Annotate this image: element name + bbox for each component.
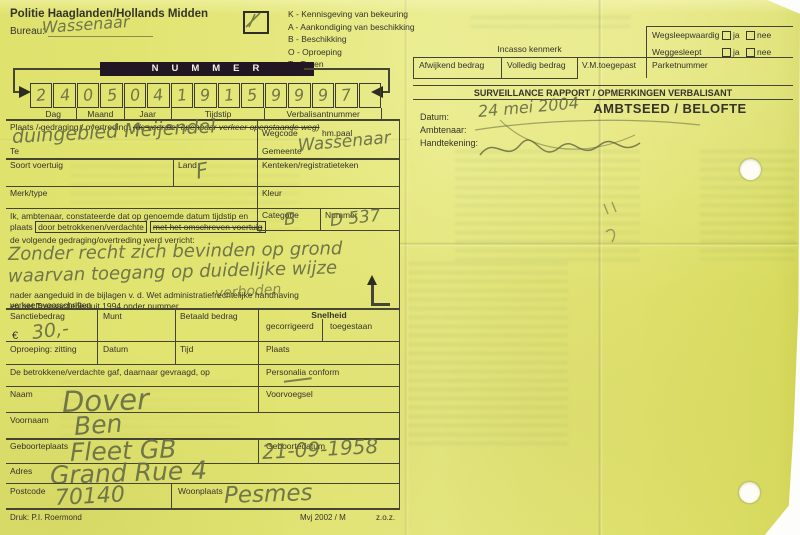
oproeping-plaats-label: Plaats	[266, 345, 290, 355]
grid-line	[320, 208, 321, 230]
paper-crease	[404, 0, 409, 535]
gecorrigeerd-label: gecorrigeerd	[266, 322, 314, 332]
scanned-police-form: Politie Haaglanden/Hollands Midden Burea…	[0, 0, 800, 535]
gemeente-label: Gemeente	[262, 147, 302, 157]
datum-label: Datum:	[420, 112, 449, 122]
grid-line	[257, 121, 258, 158]
grid-line	[646, 26, 793, 27]
pencil-margin-marks	[598, 198, 628, 258]
grid-line	[399, 121, 400, 508]
grid-line	[257, 208, 258, 230]
nee-label: nee	[757, 31, 771, 41]
digit-cell: 4	[53, 83, 75, 108]
wegsleepwaardig-label: Wegsleepwaardig	[652, 31, 719, 41]
bureau-dotted-line	[48, 36, 153, 37]
grid-line	[413, 85, 793, 86]
type-code-O: O - Oproeping	[288, 48, 342, 58]
zoz-footer: z.o.z.	[376, 513, 395, 522]
digit-cell: 0	[124, 83, 146, 108]
grid-line	[97, 309, 98, 341]
grid-line	[257, 159, 258, 186]
digit-cell: 2	[30, 83, 52, 108]
ja-label: ja	[733, 31, 740, 41]
kenteken-label: Kenteken/registratieteken	[262, 161, 358, 171]
te-label: Te	[10, 147, 19, 157]
digit-cell	[359, 83, 381, 108]
grid-line	[175, 342, 176, 364]
betaald-bedrag-label: Betaald bedrag	[180, 312, 238, 322]
incasso-kenmerk-label: Incasso kenmerk	[413, 45, 646, 55]
grid-line	[97, 342, 98, 364]
merk-type-label: Merk/type	[10, 189, 47, 199]
grid-line	[257, 230, 400, 231]
grid-line	[413, 57, 793, 58]
parketnummer-label: Parketnummer	[652, 61, 708, 71]
grid-line	[501, 58, 502, 78]
maand-label: Maand	[76, 108, 123, 119]
gaf-label: De betrokkene/verdachte gaf, daarnaar ge…	[10, 368, 210, 378]
weggesleept-ja-checkbox	[722, 48, 731, 57]
print-code-footer: Mvj 2002 / M	[300, 513, 346, 522]
punch-hole	[739, 482, 760, 503]
type-code-K: K - Kennisgeving van bekeuring	[288, 10, 408, 20]
adres-label: Adres	[10, 467, 32, 477]
wegsleepwaardig-ja-checkbox	[722, 31, 731, 40]
voorvoegsel-label: Voorvoegsel	[266, 390, 313, 400]
volledig-bedrag-label: Volledig bedrag	[507, 61, 566, 71]
grid-line	[171, 484, 172, 508]
conform-pencil-mark	[284, 377, 312, 385]
type-code-A: A - Aankondiging van beschikking	[288, 23, 415, 33]
soort-voertuig-label: Soort voertuig	[10, 161, 63, 171]
digit-cell: 1	[171, 83, 193, 108]
afwijkend-bedrag-label: Afwijkend bedrag	[419, 61, 484, 71]
personalia-conform-label: Personalia conform	[266, 368, 339, 378]
bleedthrough-text	[470, 16, 630, 32]
digit-cell: 5	[100, 83, 122, 108]
geboorteplaats-label: Geboorteplaats	[10, 442, 68, 452]
postcode-label: Postcode	[10, 487, 45, 497]
grid-line	[258, 387, 259, 412]
digit-cell: 5	[241, 83, 263, 108]
grid-line	[322, 319, 323, 341]
oproeping-label: Oproeping: zitting	[10, 345, 77, 355]
toegestaan-label: toegestaan	[330, 322, 372, 332]
grid-line	[6, 412, 400, 413]
punch-hole	[740, 159, 761, 180]
woonplaats-label: Woonplaats	[178, 487, 223, 497]
statement-boxed-voertuig: met het omschreven voertuig	[150, 221, 266, 233]
ref-arrow-foot	[371, 303, 390, 306]
grid-line	[577, 58, 578, 78]
munt-label: Munt	[103, 312, 122, 322]
digit-cell: 7	[335, 83, 357, 108]
weggesleept-nee-checkbox	[746, 48, 755, 57]
nummer-banner: NUMMER	[100, 62, 314, 76]
statement-line2: plaats door betrokkenen/verdachtemet het…	[10, 223, 269, 233]
pencil-check-mark	[243, 11, 265, 30]
bracket-line	[304, 68, 390, 70]
paper-sheet: Politie Haaglanden/Hollands Midden Burea…	[0, 0, 800, 535]
digit-cell: 4	[147, 83, 169, 108]
vm-toegepast-label: V.M.toegepast	[582, 61, 636, 71]
grid-line	[6, 341, 400, 342]
woonplaats-handwriting: Pesmes	[224, 480, 313, 509]
bracket-line	[388, 68, 390, 92]
naam-label: Naam	[10, 390, 33, 400]
digit-cell: 9	[265, 83, 287, 108]
grid-line	[175, 309, 176, 341]
bracket-line	[13, 68, 100, 70]
statement-boxed-betrokkene: door betrokkenen/verdachte	[35, 221, 147, 233]
categorie-nummer-handwriting: D 537	[329, 206, 382, 231]
bracket-line	[383, 91, 390, 93]
bureau-label: Bureau:	[10, 26, 45, 38]
digit-cell: 9	[194, 83, 216, 108]
grid-line	[258, 365, 259, 386]
sanctiebedrag-handwriting: 30,-	[31, 318, 70, 344]
geboortedatum-handwriting: 21-09-1958	[261, 434, 378, 464]
digit-cell: 9	[288, 83, 310, 108]
postcode-handwriting: 70140	[54, 482, 125, 511]
grid-line	[6, 364, 400, 365]
type-code-B: B - Beschikking	[288, 35, 347, 45]
tijd-label: Tijd	[180, 345, 193, 355]
arrow-up-icon	[367, 275, 377, 285]
wegcode-label: Wegcode	[262, 129, 298, 139]
grid-line	[646, 57, 647, 78]
grid-line	[413, 78, 578, 79]
paper-crease	[598, 0, 603, 535]
wegsleepwaardig-nee-checkbox	[746, 31, 755, 40]
grid-line	[173, 159, 174, 186]
kleur-label: Kleur	[262, 189, 282, 199]
categorie-handwriting: B	[283, 209, 296, 230]
grid-line	[257, 187, 258, 208]
grid-line	[258, 342, 259, 364]
grid-line	[258, 439, 259, 463]
druk-footer: Druk: P.I. Roermond	[10, 513, 82, 522]
nummer-digit-row: 2 4 0 5 0 4 1 9 1 5 9 9 9 7	[30, 83, 382, 108]
verbalisantnummer-label: Verbalisantnummer	[264, 108, 382, 119]
bleedthrough-text	[408, 262, 568, 447]
digit-cell: 1	[218, 83, 240, 108]
land-handwriting: F	[194, 158, 210, 184]
grid-line	[6, 186, 400, 187]
grid-line	[413, 58, 414, 78]
grid-line	[6, 508, 400, 510]
statement-line2-prefix: plaats	[10, 222, 33, 232]
voornaam-label: Voornaam	[10, 416, 49, 426]
digit-cell: 0	[77, 83, 99, 108]
signature-scribble	[460, 95, 710, 175]
grid-line	[646, 26, 647, 57]
grid-line	[6, 483, 400, 484]
ref-arrow-shaft	[371, 284, 374, 305]
bracket-line	[13, 68, 15, 92]
grid-line	[258, 309, 259, 341]
digit-cell: 9	[312, 83, 334, 108]
type-code-checkbox	[243, 11, 269, 34]
oproeping-datum-label: Datum	[103, 345, 128, 355]
snelheid-label: Snelheid	[258, 311, 400, 321]
dag-label: Dag	[30, 108, 76, 119]
